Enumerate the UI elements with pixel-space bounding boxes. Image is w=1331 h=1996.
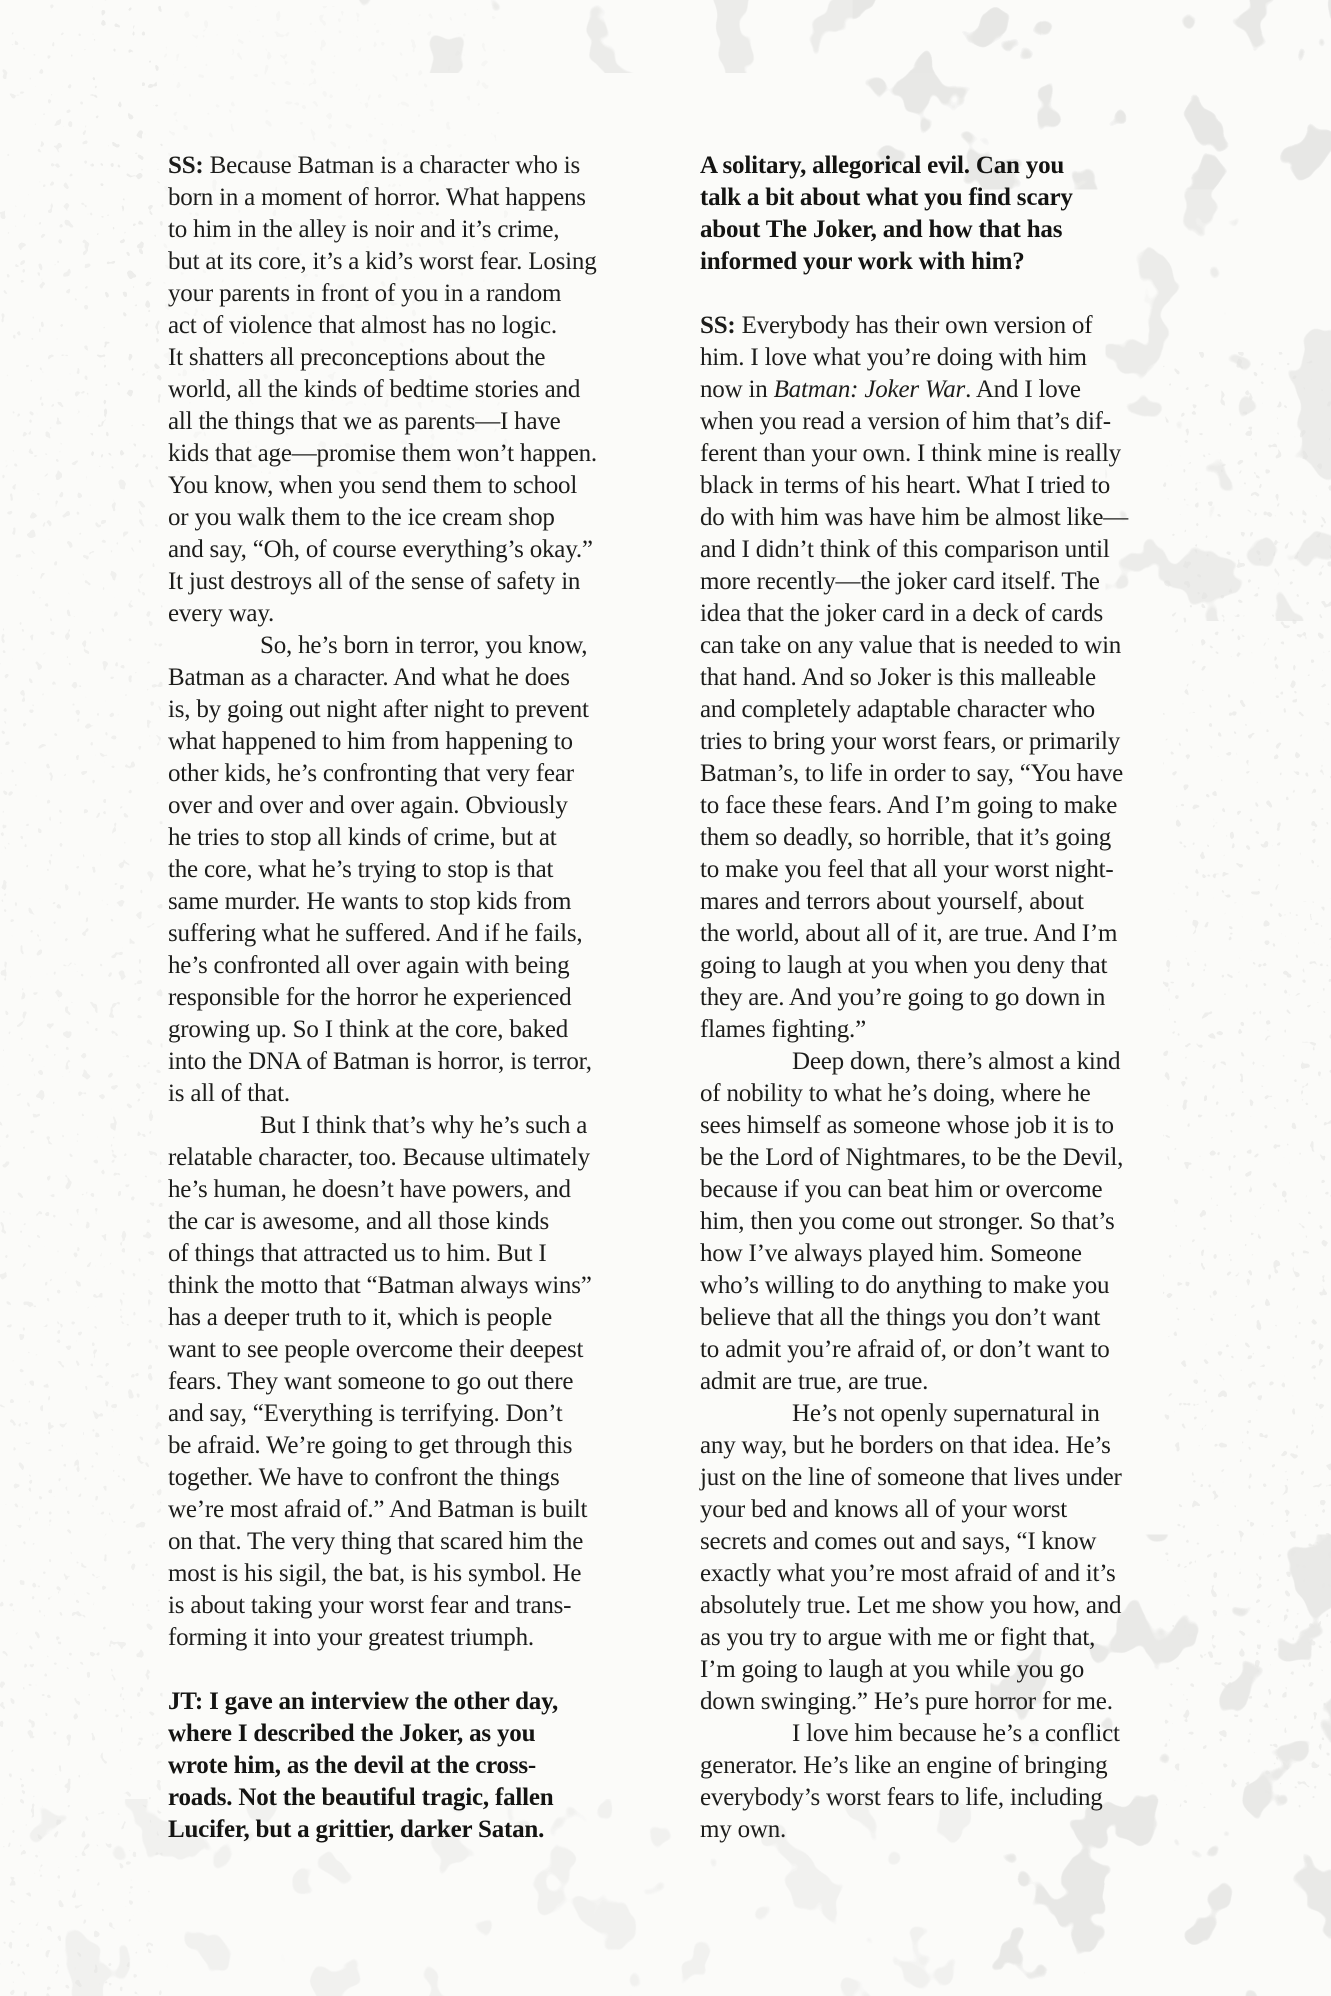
article-content: SS: Because Batman is a character who is… bbox=[0, 0, 1331, 1996]
interviewee-paragraph: Deep down, there’s almost a kindof nobil… bbox=[700, 1046, 1178, 1398]
interviewee-paragraph: So, he’s born in terror, you know,Batman… bbox=[168, 630, 638, 1110]
column-left: SS: Because Batman is a character who is… bbox=[168, 150, 638, 1846]
interviewer-paragraph: JT: I gave an interview the other day,wh… bbox=[168, 1686, 638, 1846]
magazine-page: SS: Because Batman is a character who is… bbox=[0, 0, 1331, 1996]
interviewee-paragraph: SS: Everybody has their own version ofhi… bbox=[700, 310, 1178, 1046]
interviewee-paragraph: He’s not openly supernatural inany way, … bbox=[700, 1398, 1178, 1718]
magazine-page-body: { "document": { "kind": "printed intervi… bbox=[0, 0, 1331, 1996]
interviewee-paragraph: SS: Because Batman is a character who is… bbox=[168, 150, 638, 630]
interviewer-paragraph: A solitary, allegorical evil. Can youtal… bbox=[700, 150, 1178, 278]
interviewee-paragraph: I love him because he’s a conflictgenera… bbox=[700, 1718, 1178, 1846]
interviewee-paragraph: But I think that’s why he’s such arelata… bbox=[168, 1110, 638, 1654]
column-right: A solitary, allegorical evil. Can youtal… bbox=[700, 150, 1178, 1846]
